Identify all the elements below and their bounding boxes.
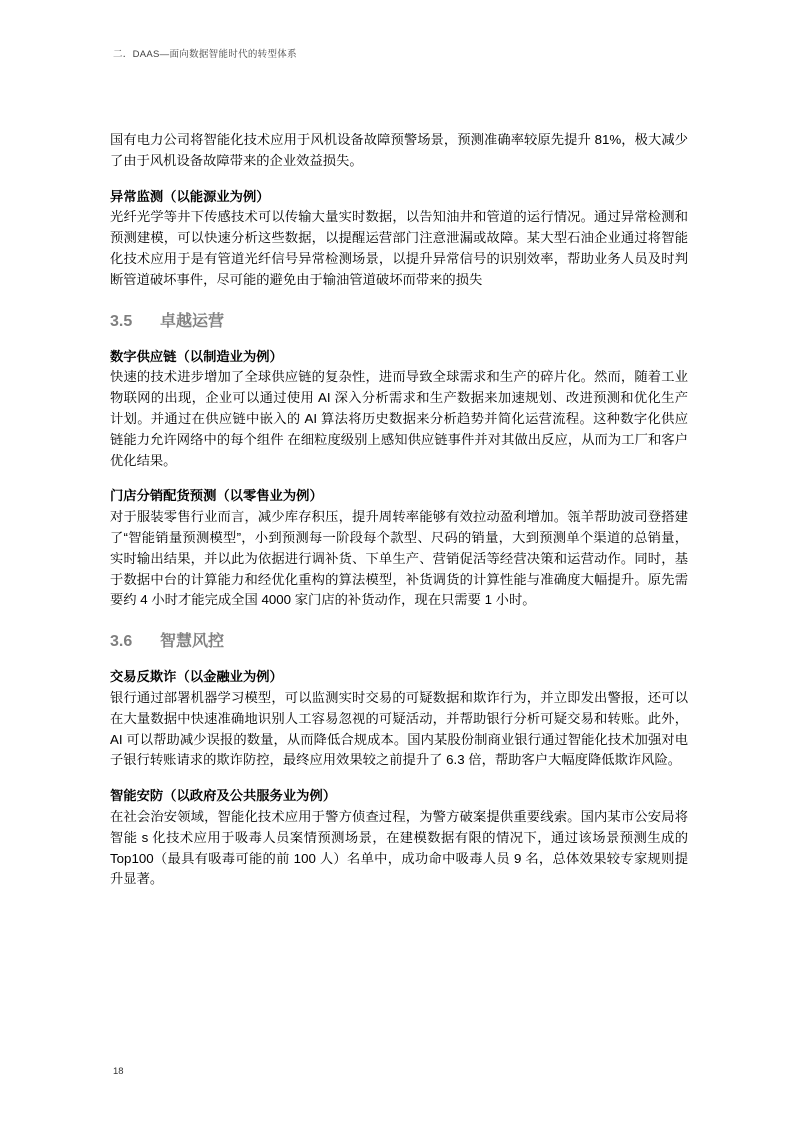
- case-body-smart-security: 在社会治安领域，智能化技术应用于警方侦查过程，为警方破案提供重要线索。国内某市公…: [110, 807, 688, 890]
- section-title-smart-risk-control: 智慧风控: [160, 632, 224, 652]
- case-body-anomaly-monitoring: 光纤光学等井下传感技术可以传输大量实时数据，以告知油井和管道的运行情况。通过异常…: [110, 207, 688, 290]
- case-heading-transaction-anti-fraud: 交易反欺诈（以金融业为例）: [110, 667, 688, 688]
- case-heading-store-distribution-forecast: 门店分销配货预测（以零售业为例）: [110, 486, 688, 507]
- document-page: 二．DAAS—面向数据智能时代的转型体系 国有电力公司将智能化技术应用于风机设备…: [0, 0, 793, 1122]
- section-number-3-6: 3.6: [110, 632, 160, 652]
- intro-paragraph: 国有电力公司将智能化技术应用于风机设备故障预警场景，预测准确率较原先提升 81%…: [110, 130, 688, 172]
- page-header: 二．DAAS—面向数据智能时代的转型体系: [113, 46, 297, 60]
- case-body-digital-supply-chain: 快速的技术进步增加了全球供应链的复杂性，进而导致全球需求和生产的碎片化。然而，随…: [110, 367, 688, 471]
- page-content: 国有电力公司将智能化技术应用于风机设备故障预警场景，预测准确率较原先提升 81%…: [110, 130, 688, 890]
- case-body-store-distribution-forecast: 对于服装零售行业而言，减少库存积压，提升周转率能够有效拉动盈利增加。瓴羊帮助波司…: [110, 507, 688, 611]
- case-heading-anomaly-monitoring: 异常监测（以能源业为例）: [110, 187, 688, 208]
- case-heading-digital-supply-chain: 数字供应链（以制造业为例）: [110, 347, 688, 368]
- page-number: 18: [113, 1066, 124, 1077]
- section-title-operational-excellence: 卓越运营: [160, 312, 224, 332]
- section-heading-3-5: 3.5 卓越运营: [110, 312, 688, 332]
- case-body-transaction-anti-fraud: 银行通过部署机器学习模型，可以监测实时交易的可疑数据和欺诈行为，并立即发出警报，…: [110, 688, 688, 771]
- section-heading-3-6: 3.6 智慧风控: [110, 632, 688, 652]
- case-heading-smart-security: 智能安防（以政府及公共服务业为例）: [110, 786, 688, 807]
- section-number-3-5: 3.5: [110, 312, 160, 332]
